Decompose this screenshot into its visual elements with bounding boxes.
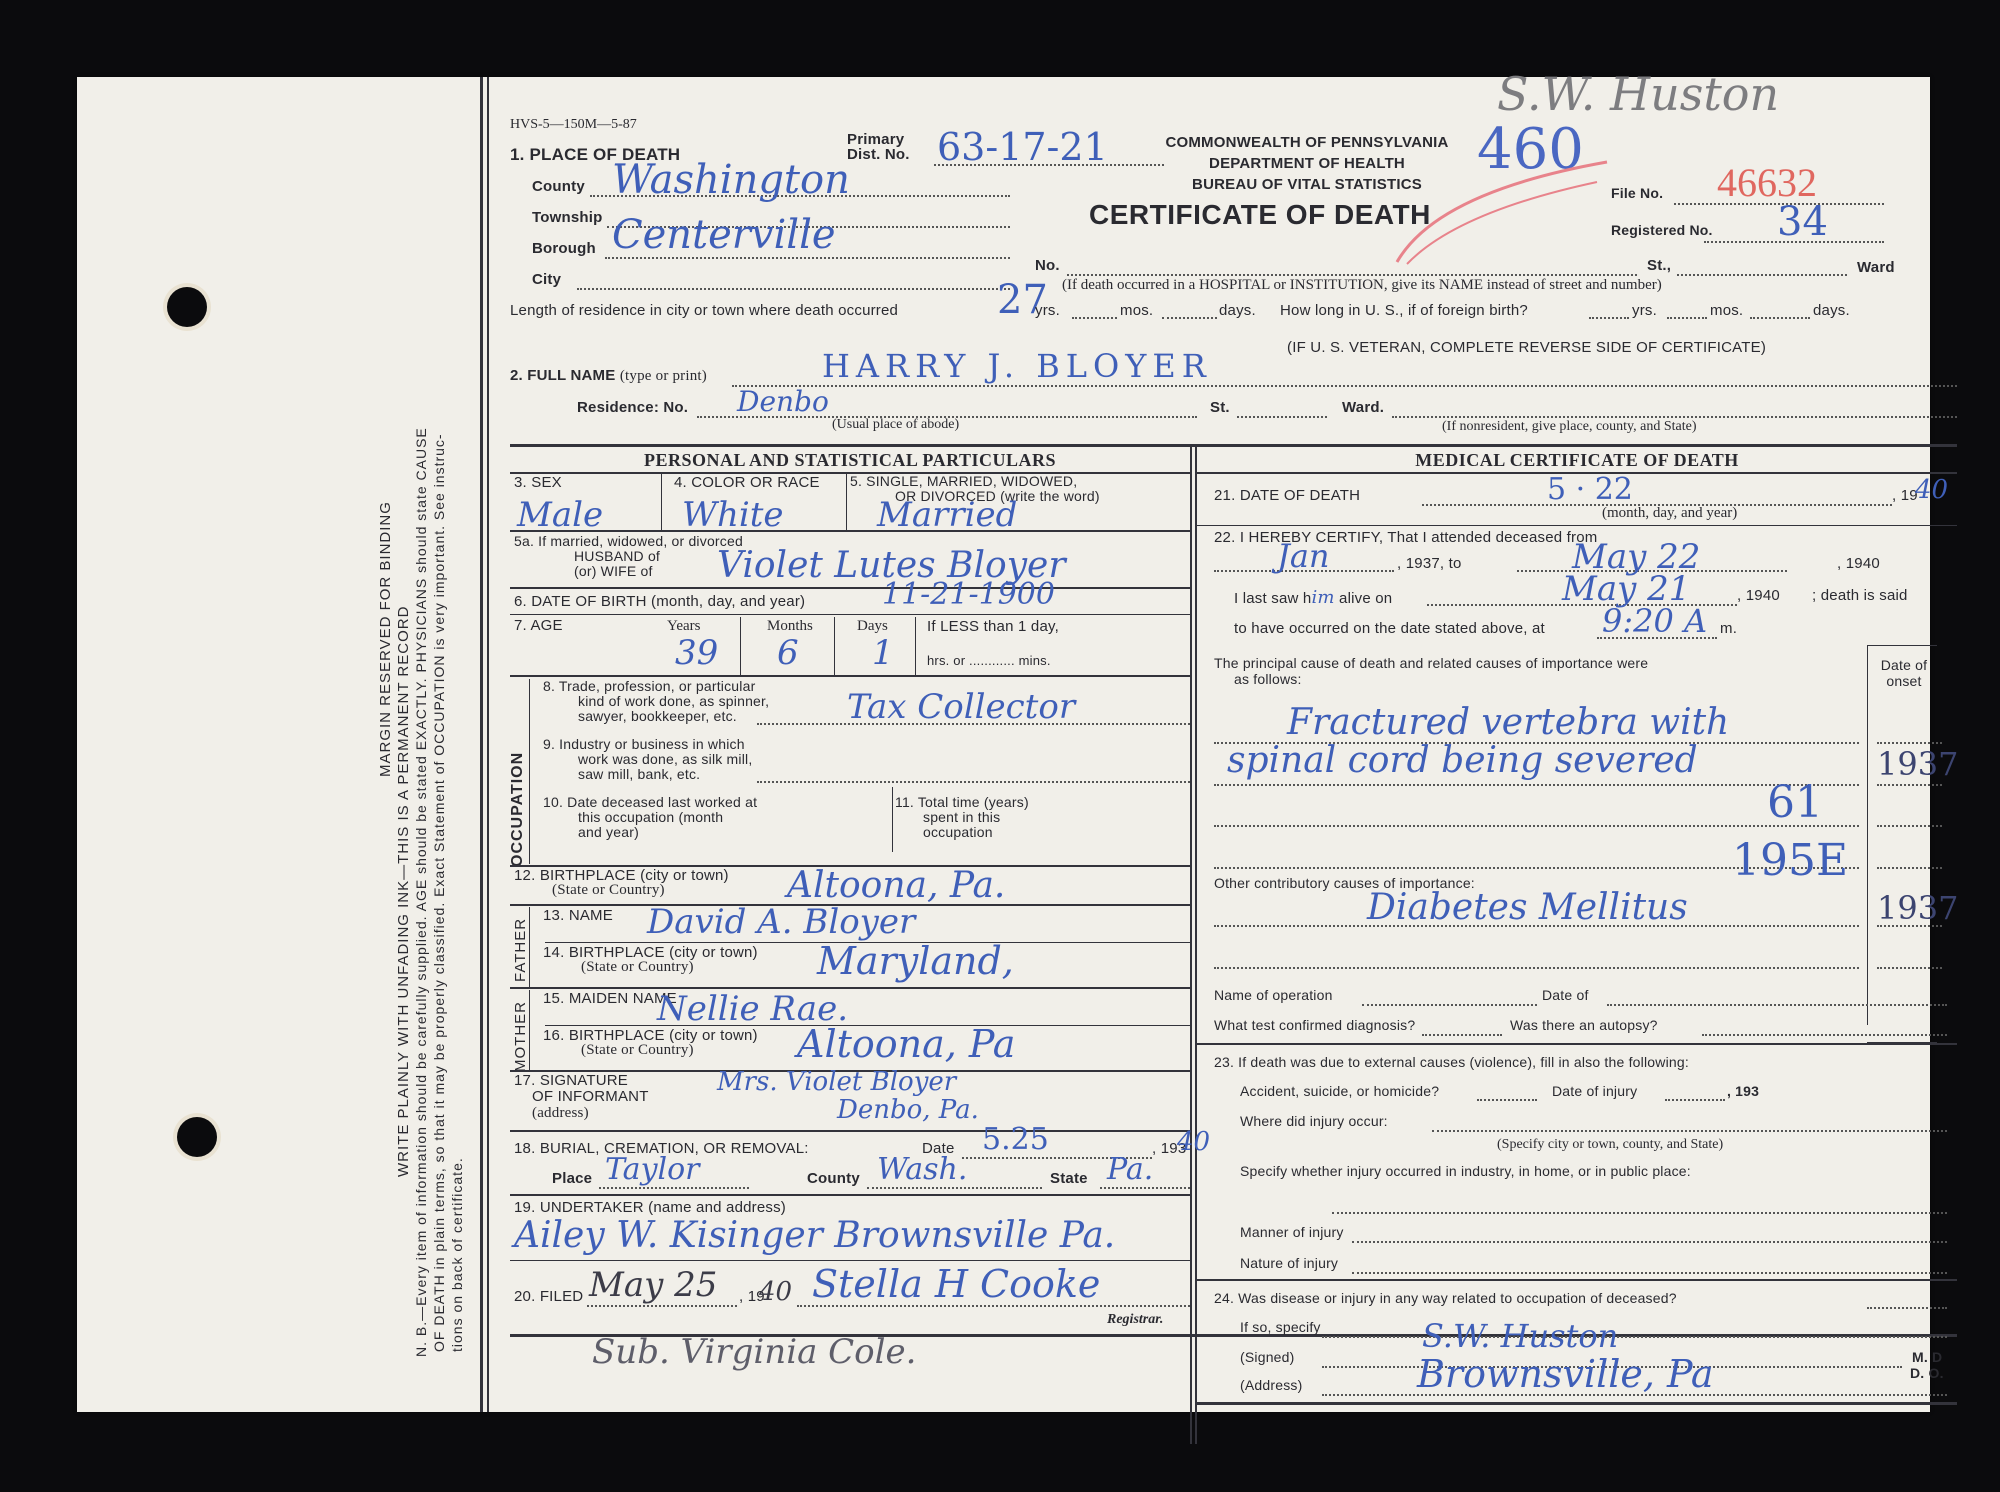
ward-label: Ward [1857, 259, 1895, 276]
spouse-label: 5a. If married, widowed, or divorced HUS… [514, 534, 743, 579]
street-no-label: No. [1035, 257, 1060, 274]
days-label: days. [1219, 302, 1256, 319]
occ11-label: 11. Total time (years) spent in this occ… [895, 795, 1029, 840]
primary-dist-value: 63-17-21 [937, 125, 1108, 169]
township-label: Township [532, 209, 602, 226]
marital-value: Married [877, 495, 1017, 535]
birthplace-value: Altoona, Pa. [787, 865, 1005, 906]
occupation-side-label: OCCUPATION [509, 752, 527, 867]
personal-section-title: PERSONAL AND STATISTICAL PARTICULARS [510, 450, 1190, 471]
autopsy-label: Was there an autopsy? [1510, 1017, 1658, 1033]
dod-label: 21. DATE OF DEATH [1214, 487, 1360, 504]
informant-value: Mrs. Violet Bloyer [717, 1067, 956, 1097]
specify-injury-label: Specify whether injury occurred in indus… [1240, 1163, 1691, 1179]
filed-label: 20. FILED [514, 1288, 583, 1305]
sub-registrar-signature: Sub. Virginia Cole. [592, 1332, 916, 1372]
father-birthplace-label: 14. BIRTHPLACE (city or town) (State or … [543, 945, 758, 975]
other-onset: 1937 [1877, 889, 1958, 927]
birthplace-label: 12. BIRTHPLACE (city or town) (State or … [514, 868, 729, 898]
father-birthplace-value: Maryland, [817, 939, 1014, 983]
signed-label: (Signed) [1240, 1349, 1295, 1365]
residence-ward-label: Ward. [1342, 399, 1384, 416]
race-value: White [682, 495, 784, 535]
if-so-label: If so, specify [1240, 1319, 1321, 1335]
cause-line-2: spinal cord being severed [1227, 740, 1698, 781]
city-label: City [532, 271, 561, 288]
last-saw-year: , 1940 [1737, 587, 1780, 604]
binding-hole-top [167, 287, 207, 327]
certificate-paper: MARGIN RESERVED FOR BINDING WRITE PLAINL… [77, 77, 1930, 1412]
age-months-value: 6 [777, 633, 799, 673]
hospital-note: (If death occurred in a HOSPITAL or INST… [1062, 277, 1662, 294]
occ10-label: 10. Date deceased last worked at this oc… [543, 795, 757, 840]
county-value: Washington [612, 157, 850, 203]
injury-year: , 193 [1727, 1083, 1759, 1099]
form-code: HVS-5—150M—5-87 [510, 117, 637, 133]
time-suffix: m. [1720, 620, 1737, 637]
registrar-signature: Stella H Cooke [812, 1262, 1100, 1306]
dod-sub: (month, day, and year) [1602, 505, 1737, 522]
margin-line-5: tions on back of certificate. [449, 1157, 465, 1352]
attended-to-year: , 1940 [1837, 555, 1880, 572]
residence-st-label: St. [1210, 399, 1230, 416]
manner-label: Manner of injury [1240, 1224, 1344, 1240]
foreign-days-label: days. [1813, 302, 1850, 319]
mother-birthplace-value: Altoona, Pa [797, 1022, 1015, 1066]
red-pencil-mark [1377, 152, 1617, 272]
father-side-label: FATHER [512, 918, 529, 982]
nature-label: Nature of injury [1240, 1255, 1338, 1271]
margin-line-2: WRITE PLAINLY WITH UNFADING INK—THIS IS … [395, 606, 412, 1177]
margin-line-3: N. B.—Every item of information should b… [413, 427, 429, 1357]
accident-label: Accident, suicide, or homicide? [1240, 1083, 1439, 1099]
informant-label: 17. SIGNATURE OF INFORMANT (address) [514, 1073, 649, 1121]
cause-line-1: Fractured vertebra with [1287, 702, 1729, 743]
less-than-day-label: If LESS than 1 day, [927, 618, 1059, 635]
operation-label: Name of operation [1214, 987, 1333, 1003]
injury-date-label: Date of injury [1552, 1083, 1637, 1099]
registered-no-label: Registered No. [1611, 222, 1713, 238]
margin-line-1: MARGIN RESERVED FOR BINDING [377, 501, 394, 777]
physician-signature: S.W. Huston [1422, 1317, 1618, 1355]
binding-rule-left [480, 77, 483, 1412]
mos-label: mos. [1120, 302, 1153, 319]
foreign-yrs-label: yrs. [1632, 302, 1657, 319]
attended-from: Jan [1277, 537, 1330, 575]
hrs-mins-label: hrs. or ............ mins. [927, 653, 1051, 668]
test-label: What test confirmed diagnosis? [1214, 1017, 1415, 1033]
burial-year-value: 40 [1177, 1127, 1210, 1157]
other-causes-value: Diabetes Mellitus [1367, 887, 1688, 928]
dod-year-value: 40 [1915, 475, 1948, 505]
attended-from-year: , 1937, to [1397, 555, 1462, 572]
father-name-label: 13. NAME [543, 907, 613, 924]
physician-address: Brownsville, Pa [1417, 1352, 1714, 1396]
nonresident-note: (If nonresident, give place, county, and… [1442, 419, 1697, 435]
file-no-label: File No. [1611, 185, 1663, 201]
county-label: County [532, 178, 585, 195]
address-label: (Address) [1240, 1377, 1302, 1393]
dob-label: 6. DATE OF BIRTH (month, day, and year) [514, 593, 805, 610]
medical-section-title: MEDICAL CERTIFICATE OF DEATH [1197, 450, 1957, 471]
borough-value: Centerville [612, 212, 836, 258]
foreign-mos-label: mos. [1710, 302, 1743, 319]
age-days-value: 1 [872, 633, 894, 673]
certify-label: 22. I HEREBY CERTIFY, That I attended de… [1214, 529, 1597, 546]
dod-year-prefix: , 19 [1892, 487, 1918, 504]
sex-value: Male [517, 495, 603, 535]
foreign-birth-label: How long in U. S., if of foreign birth? [1280, 302, 1528, 319]
father-name-value: David A. Bloyer [647, 902, 915, 942]
burial-date-value: 5.25 [982, 1122, 1049, 1157]
undertaker-value: Ailey W. Kisinger Brownsville Pa. [514, 1215, 1115, 1256]
filed-value: May 25 [589, 1265, 717, 1305]
street-st-label: St., [1647, 257, 1671, 274]
cause-onset-1: 1937 [1877, 745, 1958, 783]
race-label: 4. COLOR OR RACE [674, 474, 820, 491]
burial-county-label: County [807, 1170, 860, 1187]
veteran-note: (IF U. S. VETERAN, COMPLETE REVERSE SIDE… [1287, 339, 1766, 356]
cause-label: The principal cause of death and related… [1214, 655, 1648, 687]
time-of-death: 9:20 A [1602, 602, 1707, 640]
borough-label: Borough [532, 240, 596, 257]
occurred-label: to have occurred on the date stated abov… [1234, 620, 1545, 637]
occ9-label: 9. Industry or business in which work wa… [543, 737, 752, 782]
registered-no-value: 34 [1777, 199, 1828, 245]
mother-birthplace-label: 16. BIRTHPLACE (city or town) (State or … [543, 1028, 758, 1058]
cause-code-2: 195E [1732, 835, 1848, 886]
registrar-label: Registrar. [1107, 1312, 1163, 1328]
margin-line-4: OF DEATH in plain terms, so that it may … [431, 433, 447, 1352]
burial-state-value: Pa. [1107, 1152, 1153, 1187]
undertaker-label: 19. UNDERTAKER (name and address) [514, 1199, 786, 1216]
age-label: 7. AGE [514, 617, 563, 634]
residence-no-label: Residence: No. [577, 399, 688, 416]
dod-value: 5 · 22 [1547, 472, 1633, 507]
binding-hole-bottom [177, 1117, 217, 1157]
informant-address: Denbo, Pa. [837, 1095, 979, 1125]
primary-dist-label: Primary Dist. No. [847, 132, 910, 162]
mother-side-label: MOTHER [512, 1001, 529, 1072]
md-label: M. D [1912, 1349, 1942, 1365]
residence-value: Denbo [737, 385, 829, 418]
age-years-value: 39 [675, 633, 718, 673]
occ8-label: 8. Trade, profession, or particular kind… [543, 679, 769, 724]
occupation-related-label: 24. Was disease or injury in any way rel… [1214, 1290, 1677, 1306]
operation-date-label: Date of [1542, 987, 1589, 1003]
where-injury-label: Where did injury occur: [1240, 1113, 1388, 1129]
residence-length-label: Length of residence in city or town wher… [510, 302, 898, 319]
occupation-value: Tax Collector [847, 687, 1075, 727]
full-name-label: 2. FULL NAME (type or print) [510, 367, 707, 385]
dob-value: 11-21-1900 [882, 577, 1055, 612]
burial-county-value: Wash. [877, 1152, 967, 1187]
onset-label: Date of onset [1869, 657, 1939, 689]
cause-code-1: 61 [1767, 777, 1823, 828]
do-label: D. O. [1910, 1365, 1944, 1381]
last-saw-label: I last saw him alive on [1234, 587, 1392, 608]
where-injury-sub: (Specify city or town, county, and State… [1497, 1137, 1723, 1153]
pencil-note: S.W. Huston [1497, 67, 1779, 121]
death-said-label: ; death is said [1812, 587, 1908, 604]
yrs-label: yrs. [1035, 302, 1060, 319]
burial-place-value: Taylor [605, 1152, 700, 1187]
external-causes-label: 23. If death was due to external causes … [1214, 1054, 1689, 1070]
sex-label: 3. SEX [514, 474, 562, 491]
burial-place-label: Place [552, 1170, 592, 1187]
burial-state-label: State [1050, 1170, 1088, 1187]
full-name-value: HARRY J. BLOYER [822, 347, 1212, 385]
usual-abode-note: (Usual place of abode) [832, 417, 959, 433]
binding-rule-right [487, 77, 489, 1412]
filed-year-value: 40 [759, 1277, 792, 1307]
